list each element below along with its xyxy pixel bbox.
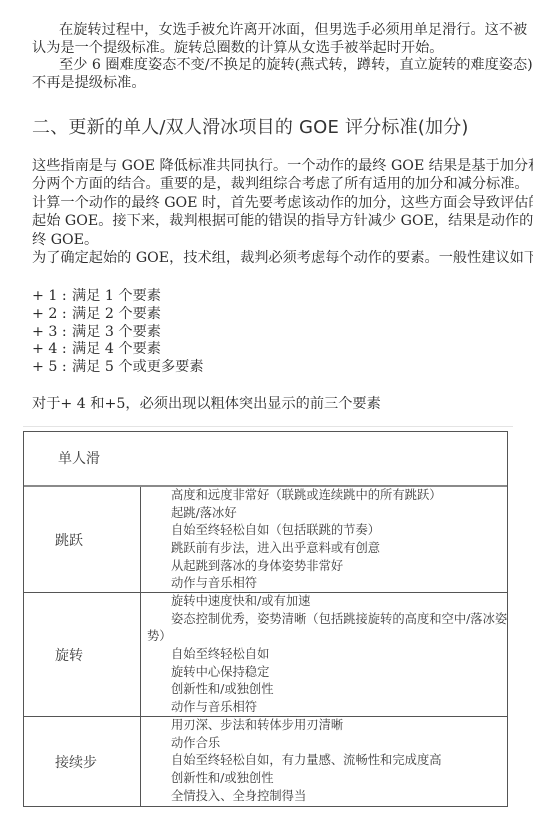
goe-level-list: + 1 :满足 1 个要素 + 2 :满足 2 个要素 + 3 :满足 3 个要…	[32, 288, 506, 377]
goe-score: + 5 :	[32, 359, 72, 377]
section-heading: 二、更新的单人/双人滑冰项目的 GOE 评分标准(加分)	[32, 117, 469, 139]
table-row-spins: 旋转 旋转中速度快和/或有加速 姿态控制优秀，姿势清晰（包括跳接旋转的高度和空中…	[24, 593, 507, 717]
goe-criteria: 满足 2 个要素	[72, 306, 161, 322]
goe-score: + 1 :	[32, 288, 72, 306]
goe-score: + 4 :	[32, 341, 72, 359]
criteria-item: 起跳/落冰好	[147, 505, 507, 523]
goe-criteria: 满足 3 个要素	[72, 324, 161, 340]
row-criteria: 高度和远度非常好（联跳或连续跳中的所有跳跃） 起跳/落冰好 自始至终轻松自如（包…	[142, 487, 507, 593]
goe-level-item: + 2 :满足 2 个要素	[32, 306, 506, 324]
goe-criteria: 满足 4 个要素	[72, 341, 161, 357]
bold-elements-note: 对于+ 4 和+5，必须出现以粗体突出显示的前三个要素	[32, 395, 506, 413]
criteria-item: 创新性和/或独创性	[147, 681, 507, 699]
table-row-step-sequences: 接续步 用刃深、步法和转体步用刃清晰 动作合乐 自始至终轻松自如，有力量感、流畅…	[24, 717, 507, 807]
spin-rules-paragraph: 在旋转过程中，女选手被允许离开冰面，但男选手必须用单足滑行。这不被 认为是一个提…	[32, 22, 506, 92]
row-label: 接续步	[24, 717, 141, 807]
paragraph-line: 计算一个动作的最终 GOE 时，首先要考虑该动作的加分，这些方面会导致评估的	[32, 194, 506, 212]
paragraph-line: 不再是提级标准。	[32, 75, 506, 93]
criteria-item: 全情投入、全身控制得当	[147, 788, 507, 806]
row-criteria: 旋转中速度快和/或有加速 姿态控制优秀，姿势清晰（包括跳接旋转的高度和空中/落冰…	[142, 593, 507, 717]
criteria-item: 动作与音乐相符	[147, 699, 507, 717]
paragraph-line: 分两个方面的结合。重要的是，裁判组综合考虑了所有适用的加分和减分标准。	[32, 175, 506, 193]
paragraph-line: 这些指南是与 GOE 降低标准共同执行。一个动作的最终 GOE 结果是基于加分和…	[32, 157, 506, 175]
paragraph-line: 为了确定起始的 GOE，技术组，裁判必须考虑每个动作的要素。一般性建议如下：	[32, 249, 506, 267]
criteria-item: 动作与音乐相符	[147, 575, 507, 593]
criteria-item-continuation: 势）	[147, 628, 507, 646]
criteria-item: 高度和远度非常好（联跳或连续跳中的所有跳跃）	[147, 487, 507, 505]
criteria-item: 自始至终轻松自如（包括联跳的节奏）	[147, 522, 507, 540]
divider	[23, 426, 513, 427]
goe-guidelines-paragraph: 这些指南是与 GOE 降低标准共同执行。一个动作的最终 GOE 结果是基于加分和…	[32, 157, 506, 267]
goe-score: + 3 :	[32, 324, 72, 342]
table-row-jumps: 跳跃 高度和远度非常好（联跳或连续跳中的所有跳跃） 起跳/落冰好 自始至终轻松自…	[24, 487, 507, 593]
row-label: 旋转	[24, 593, 141, 716]
goe-criteria: 满足 5 个或更多要素	[72, 359, 204, 375]
goe-level-item: + 3 :满足 3 个要素	[32, 324, 506, 342]
criteria-item: 用刃深、步法和转体步用刃清晰	[147, 717, 507, 735]
criteria-item: 动作合乐	[147, 735, 507, 753]
criteria-item: 自始至终轻松自如，有力量感、流畅性和完成度高	[147, 752, 507, 770]
table-header-row: 单人滑	[24, 432, 507, 487]
table-header-label: 单人滑	[58, 449, 100, 469]
criteria-item: 姿态控制优秀，姿势清晰（包括跳接旋转的高度和空中/落冰姿	[147, 611, 507, 629]
goe-score: + 2 :	[32, 306, 72, 324]
criteria-item: 创新性和/或独创性	[147, 770, 507, 788]
goe-level-item: + 5 :满足 5 个或更多要素	[32, 359, 506, 377]
criteria-item: 旋转中速度快和/或有加速	[147, 593, 507, 611]
paragraph-line: 认为是一个提级标准。旋转总圈数的计算从女选手被举起时开始。	[32, 40, 506, 58]
goe-level-item: + 4 :满足 4 个要素	[32, 341, 506, 359]
criteria-item: 自始至终轻松自如	[147, 646, 507, 664]
row-criteria: 用刃深、步法和转体步用刃清晰 动作合乐 自始至终轻松自如，有力量感、流畅性和完成…	[142, 717, 507, 805]
row-label: 跳跃	[24, 487, 141, 592]
paragraph-line: 至少 6 圈难度姿态不变/不换足的旋转(燕式转，蹲转，直立旋转的难度姿态)	[32, 57, 506, 75]
paragraph-line: 在旋转过程中，女选手被允许离开冰面，但男选手必须用单足滑行。这不被	[32, 22, 506, 40]
criteria-item: 旋转中心保持稳定	[147, 664, 507, 682]
criteria-item: 跳跃前有步法，进入出乎意料或有创意	[147, 540, 507, 558]
paragraph-line: 起始 GOE。接下来，裁判根据可能的错误的指导方针减少 GOE，结果是动作的最	[32, 212, 506, 230]
goe-level-item: + 1 :满足 1 个要素	[32, 288, 506, 306]
criteria-item: 从起跳到落冰的身体姿势非常好	[147, 558, 507, 576]
goe-criteria: 满足 1 个要素	[72, 288, 161, 304]
singles-goe-table: 单人滑 跳跃 高度和远度非常好（联跳或连续跳中的所有跳跃） 起跳/落冰好 自始至…	[23, 431, 508, 807]
paragraph-line: 终 GOE。	[32, 231, 506, 249]
